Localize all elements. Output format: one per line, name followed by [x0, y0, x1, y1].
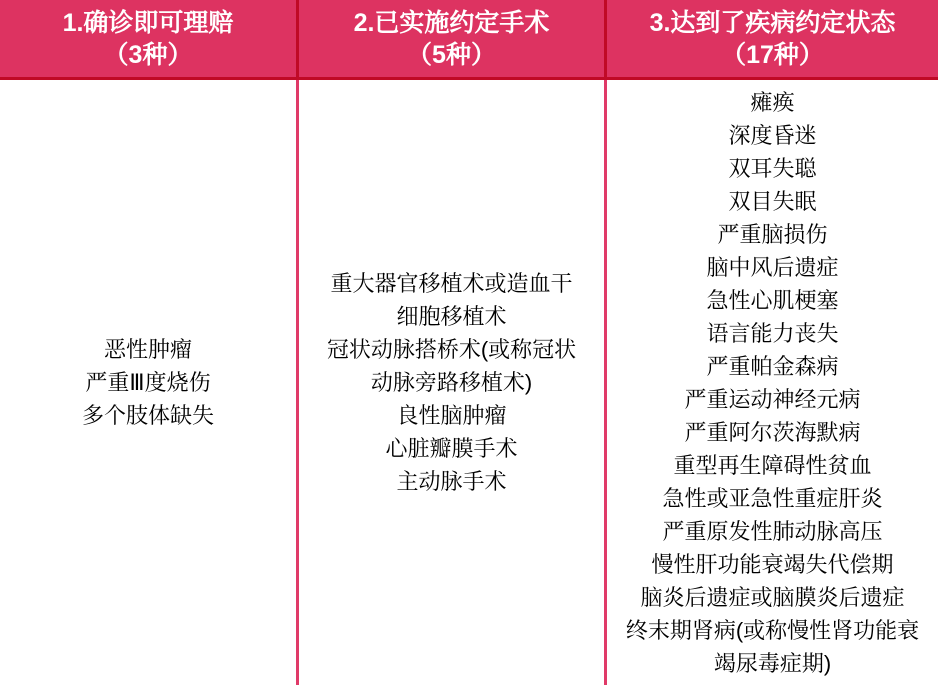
list-item: 脑炎后遗症或脑膜炎后遗症 — [621, 581, 924, 614]
header-title-line1: 2.已实施约定手术 — [299, 7, 604, 39]
column-body-agreed-surgery: 重大器官移植术或造血干细胞移植术 冠状动脉搭桥术(或称冠状动脉旁路移植术) 良性… — [296, 80, 604, 685]
column-agreed-disease-state: 3.达到了疾病约定状态 （17种） 瘫痪 深度昏迷 双耳失聪 双目失眠 严重脑损… — [604, 0, 938, 685]
column-body-diagnosis-payable: 恶性肿瘤 严重Ⅲ度烧伤 多个肢体缺失 — [0, 80, 296, 685]
header-count-line2: （5种） — [299, 39, 604, 71]
column-body-agreed-disease-state: 瘫痪 深度昏迷 双耳失聪 双目失眠 严重脑损伤 脑中风后遗症 急性心肌梗塞 语言… — [604, 80, 938, 685]
list-item: 急性或亚急性重症肝炎 — [621, 482, 924, 515]
column-header-agreed-disease-state: 3.达到了疾病约定状态 （17种） — [604, 0, 938, 80]
list-item: 严重原发性肺动脉高压 — [621, 515, 924, 548]
column-diagnosis-payable: 1.确诊即可理赔 （3种） 恶性肿瘤 严重Ⅲ度烧伤 多个肢体缺失 — [0, 0, 296, 685]
list-item: 严重帕金森病 — [621, 350, 924, 383]
column-header-diagnosis-payable: 1.确诊即可理赔 （3种） — [0, 0, 296, 80]
list-item: 深度昏迷 — [621, 119, 924, 152]
list-item: 双目失眠 — [621, 185, 924, 218]
list-item: 多个肢体缺失 — [10, 399, 286, 432]
list-item: 重大器官移植术或造血干细胞移植术 — [325, 267, 578, 333]
list-item: 良性脑肿瘤 — [325, 399, 578, 432]
list-item: 严重脑损伤 — [621, 218, 924, 251]
list-item: 主动脉手术 — [325, 465, 578, 498]
list-item: 心脏瓣膜手术 — [325, 432, 578, 465]
list-item: 慢性肝功能衰竭失代偿期 — [621, 548, 924, 581]
list-item: 严重运动神经元病 — [621, 383, 924, 416]
header-title-line1: 1.确诊即可理赔 — [0, 7, 296, 39]
list-item: 冠状动脉搭桥术(或称冠状动脉旁路移植术) — [325, 333, 578, 399]
column-agreed-surgery: 2.已实施约定手术 （5种） 重大器官移植术或造血干细胞移植术 冠状动脉搭桥术(… — [296, 0, 604, 685]
list-item: 语言能力丧失 — [621, 317, 924, 350]
list-item: 急性心肌梗塞 — [621, 284, 924, 317]
list-item: 严重Ⅲ度烧伤 — [10, 366, 286, 399]
list-item: 瘫痪 — [621, 86, 924, 119]
critical-illness-claims-table: 1.确诊即可理赔 （3种） 恶性肿瘤 严重Ⅲ度烧伤 多个肢体缺失 2.已实施约定… — [0, 0, 938, 685]
list-item: 恶性肿瘤 — [10, 333, 286, 366]
list-item: 严重阿尔茨海默病 — [621, 416, 924, 449]
list-item: 脑中风后遗症 — [621, 251, 924, 284]
column-header-agreed-surgery: 2.已实施约定手术 （5种） — [296, 0, 604, 80]
list-item: 终末期肾病(或称慢性肾功能衰竭尿毒症期) — [621, 614, 924, 680]
header-count-line2: （17种） — [607, 39, 938, 71]
header-title-line1: 3.达到了疾病约定状态 — [607, 7, 938, 39]
header-count-line2: （3种） — [0, 39, 296, 71]
list-item: 重型再生障碍性贫血 — [621, 449, 924, 482]
list-item: 双耳失聪 — [621, 152, 924, 185]
